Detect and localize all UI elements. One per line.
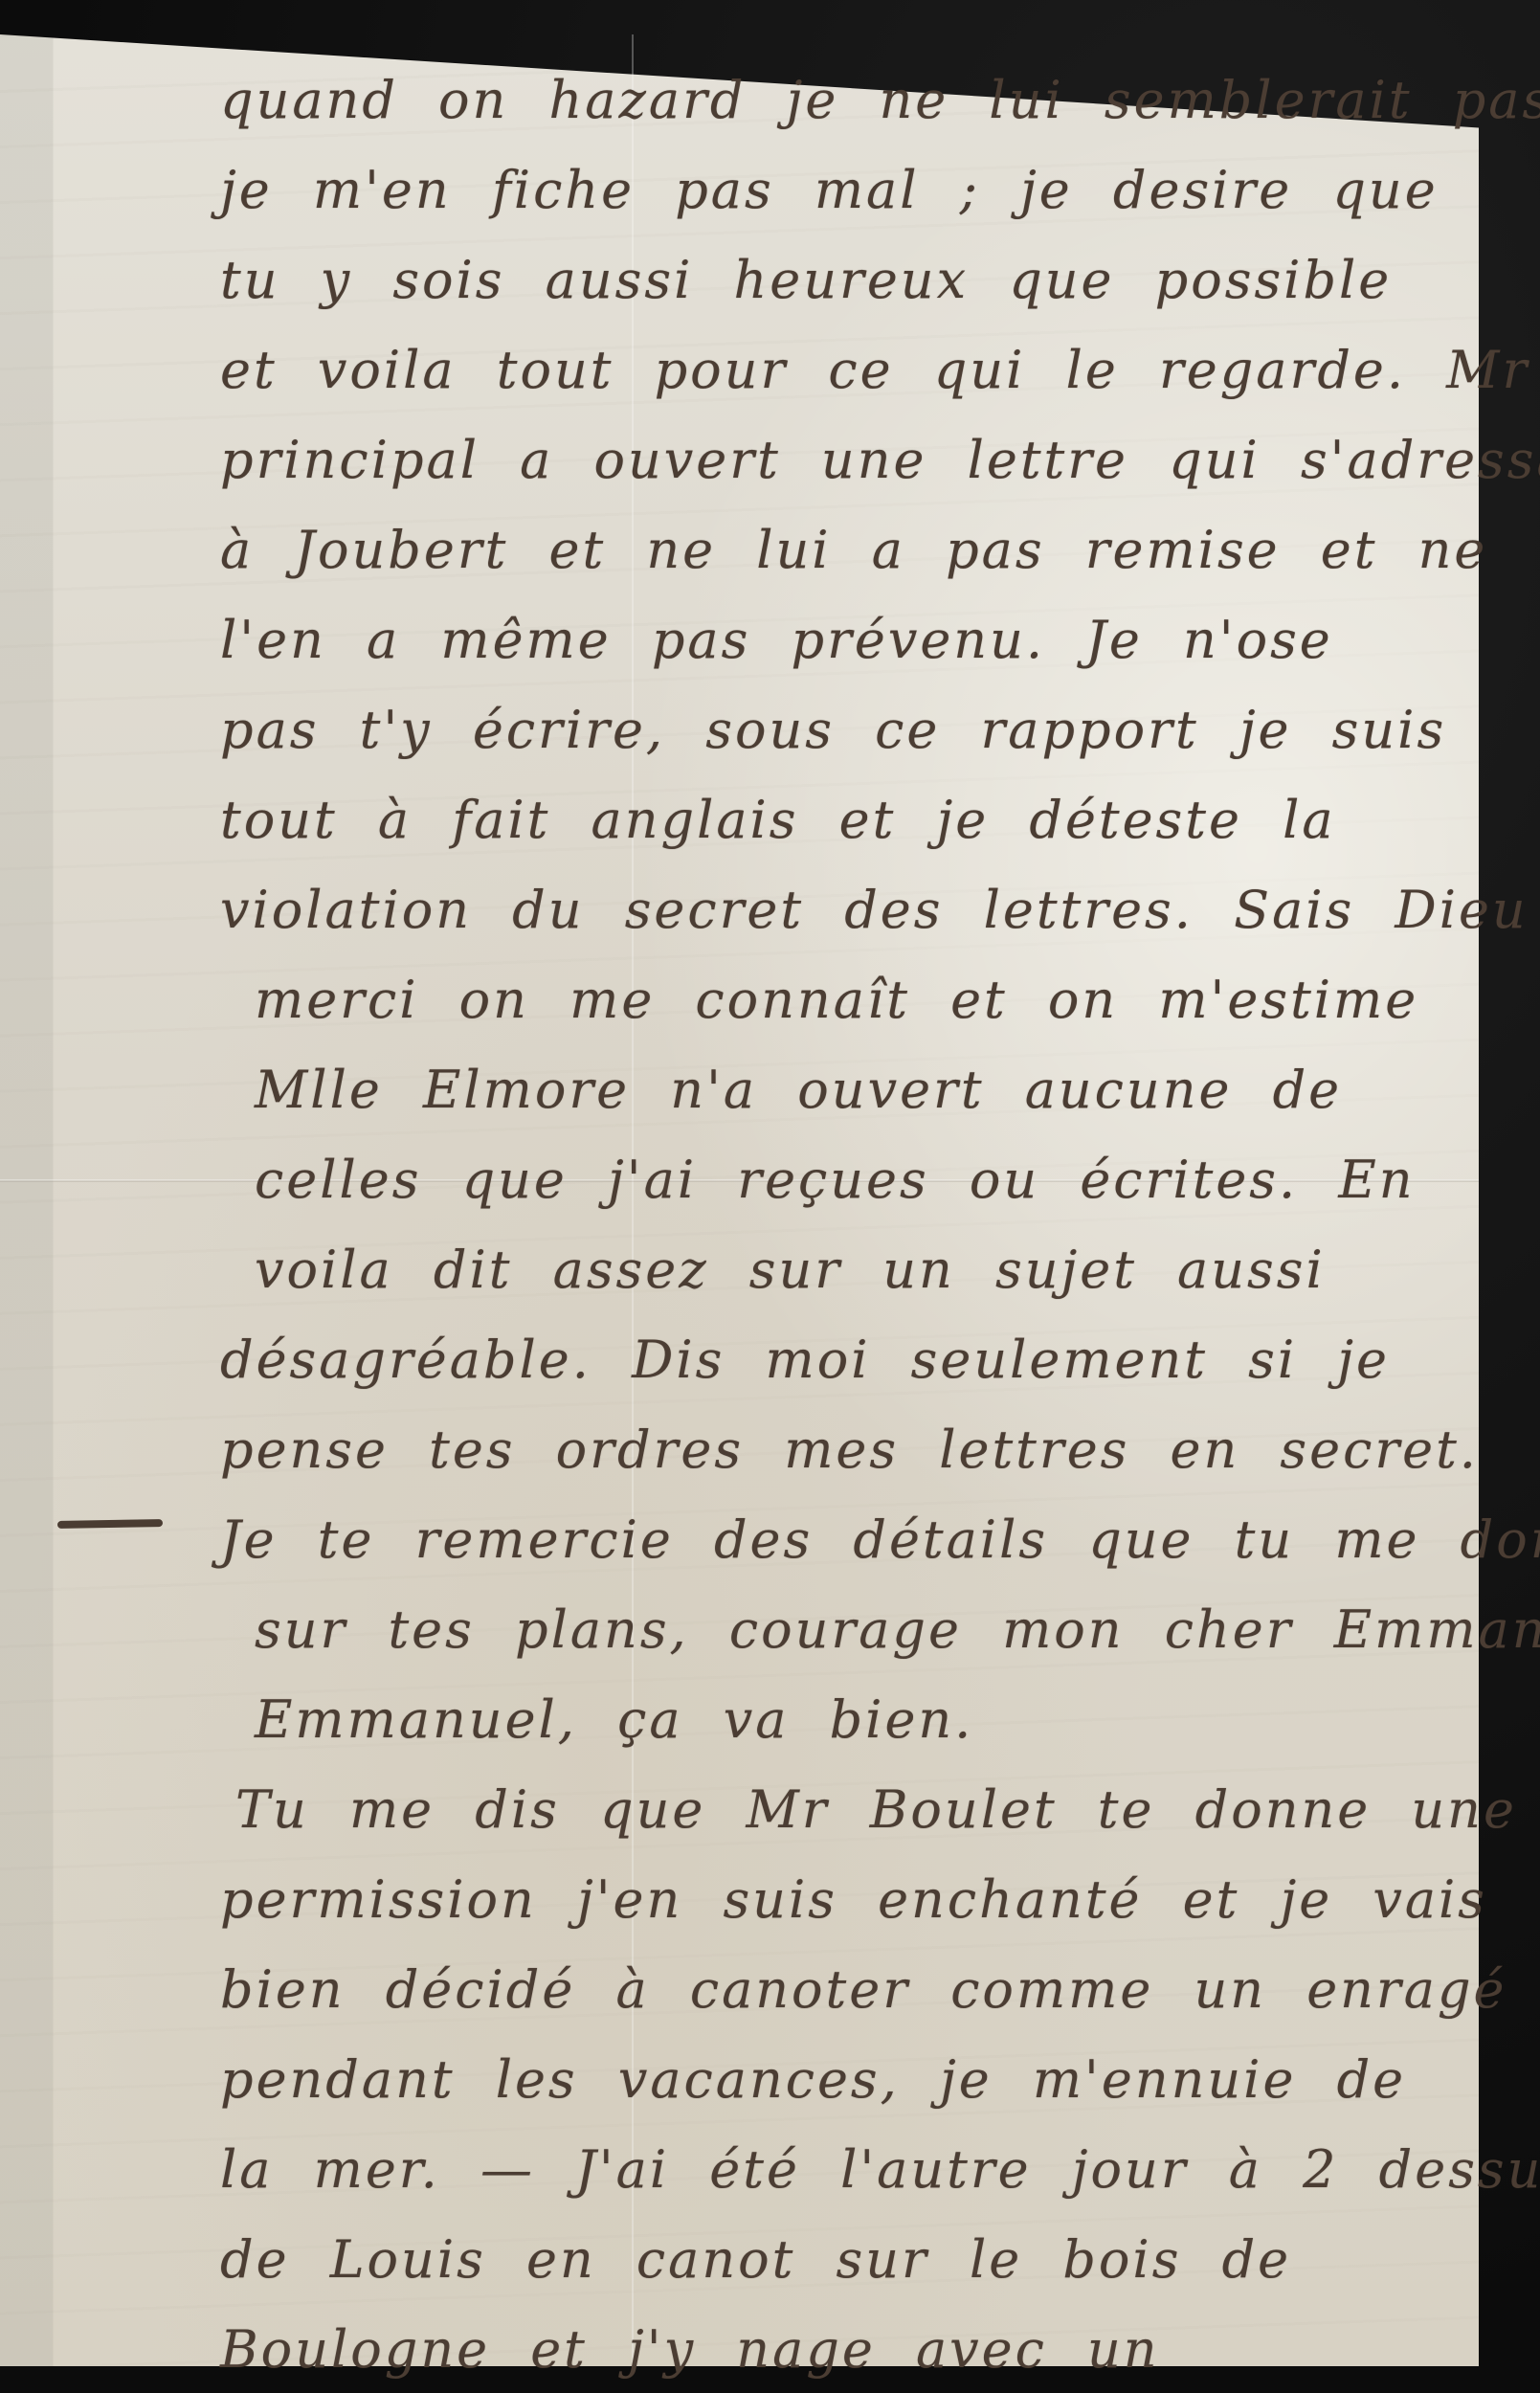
text-line: sur tes plans, courage mon cher Emmanuel [220, 1585, 1474, 1675]
text-line: tout à fait anglais et je déteste la [220, 775, 1474, 865]
text-line: de Louis en canot sur le bois de [220, 2215, 1474, 2305]
handwritten-text: quand on hazard je ne lui semblerait pas… [220, 56, 1474, 2393]
text-line: Mlle Elmore n'a ouvert aucune de [220, 1045, 1474, 1135]
text-line: je m'en fiche pas mal ; je desire que [220, 145, 1474, 235]
text-line: merci on me connaît et on m'estime [220, 955, 1474, 1045]
text-line: Je te remercie des détails que tu me don… [220, 1495, 1474, 1585]
text-line: et voila tout pour ce qui le regarde. Mr… [220, 325, 1474, 415]
text-line: bien décidé à canoter comme un enragé [220, 1945, 1474, 2035]
text-line: celles que j'ai reçues ou écrites. En [220, 1135, 1474, 1225]
text-line: permission j'en suis enchanté et je vais [220, 1855, 1474, 1945]
text-line: pas t'y écrire, sous ce rapport je suis [220, 685, 1474, 775]
text-line: principal a ouvert une lettre qui s'adre… [220, 415, 1474, 505]
text-line: pense tes ordres mes lettres en secret. [220, 1405, 1474, 1495]
text-line: violation du secret des lettres. Sais Di… [220, 865, 1474, 955]
text-line: désagréable. Dis moi seulement si je [220, 1315, 1474, 1405]
text-line: l'en a même pas prévenu. Je n'ose [220, 595, 1474, 685]
text-line: pendant les vacances, je m'ennuie de [220, 2035, 1474, 2125]
text-line: Boulogne et j'y nage avec un [220, 2305, 1474, 2393]
text-line: la mer. — J'ai été l'autre jour à 2 dess… [220, 2125, 1474, 2215]
text-line: à Joubert et ne lui a pas remise et ne [220, 505, 1474, 595]
text-line: Tu me dis que Mr Boulet te donne une [220, 1765, 1474, 1855]
text-line: quand on hazard je ne lui semblerait pas [220, 56, 1474, 145]
text-line: tu y sois aussi heureux que possible [220, 235, 1474, 325]
text-line: voila dit assez sur un sujet aussi [220, 1225, 1474, 1315]
text-line: Emmanuel, ça va bien. [220, 1675, 1474, 1765]
